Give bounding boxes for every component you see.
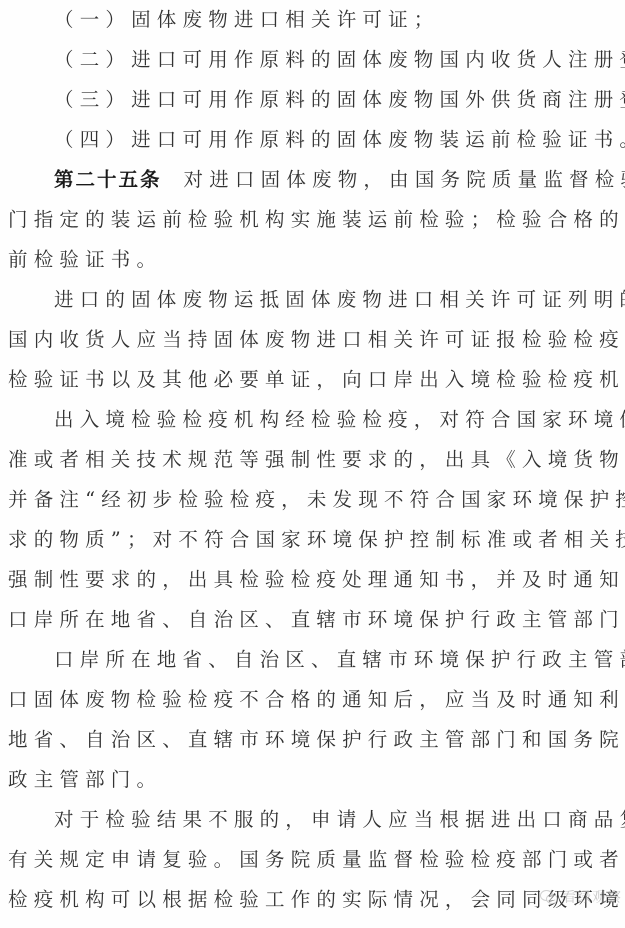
paragraph-line: 求的物质”；对不符合国家环境保护控制标准或者相关技术规范等 <box>8 520 620 560</box>
document-body: （一）固体废物进口相关许可证； （二）进口可用作原料的固体废物国内收货人注册登记… <box>8 0 620 920</box>
list-item-2: （二）进口可用作原料的固体废物国内收货人注册登记证书； <box>8 40 620 80</box>
list-item-1: （一）固体废物进口相关许可证； <box>8 0 620 40</box>
paragraph-line: 口岸所在地省、自治区、直辖市环境保护行政主管部门。 <box>8 600 620 640</box>
watermark: 看绿观察 <box>540 887 622 907</box>
paragraph-line: 门指定的装运前检验机构实施装运前检验；检验合格的，出具装运 <box>8 200 620 240</box>
list-item-3: （三）进口可用作原料的固体废物国外供货商注册登记证书； <box>8 80 620 120</box>
list-item-4: （四）进口可用作原料的固体废物装运前检验证书。 <box>8 120 620 160</box>
article-text: 对进口固体废物，由国务院质量监督检验检疫部 <box>184 168 625 191</box>
article-number: 第二十五条 <box>54 168 162 191</box>
paragraph-line: 检疫机构可以根据检验工作的实际情况，会同同级环境保护行政主 <box>8 880 620 920</box>
paragraph-line: 对于检验结果不服的，申请人应当根据进出口商品复验工作的 <box>8 800 620 840</box>
paragraph-line: 检验证书以及其他必要单证，向口岸出入境检验检疫机构报检。 <box>8 360 620 400</box>
paragraph-line: 进口的固体废物运抵固体废物进口相关许可证列明的口岸后， <box>8 280 620 320</box>
wechat-icon <box>540 890 558 904</box>
paragraph-line: 出入境检验检疫机构经检验检疫，对符合国家环境保护控制标 <box>8 400 620 440</box>
article-25-heading-line: 第二十五条对进口固体废物，由国务院质量监督检验检疫部 <box>8 160 620 200</box>
paragraph-line: 有关规定申请复验。国务院质量监督检验检疫部门或者出入境检验 <box>8 840 620 880</box>
paragraph-line: 前检验证书。 <box>8 240 620 280</box>
paragraph-line: 地省、自治区、直辖市环境保护行政主管部门和国务院环境保护行 <box>8 720 620 760</box>
paragraph-line: 强制性要求的，出具检验检疫处理通知书，并及时通知口岸海关和 <box>8 560 620 600</box>
watermark-text: 看绿观察 <box>562 887 622 907</box>
paragraph-line: 准或者相关技术规范等强制性要求的，出具《入境货物通关单》， <box>8 440 620 480</box>
paragraph-line: 口固体废物检验检疫不合格的通知后，应当及时通知利用企业所在 <box>8 680 620 720</box>
paragraph-line: 并备注“经初步检验检疫，未发现不符合国家环境保护控制标准要 <box>8 480 620 520</box>
paragraph-line: 口岸所在地省、自治区、直辖市环境保护行政主管部门收到进 <box>8 640 620 680</box>
document-page: （一）固体废物进口相关许可证； （二）进口可用作原料的固体废物国内收货人注册登记… <box>0 0 625 928</box>
paragraph-line: 国内收货人应当持固体废物进口相关许可证报检验检疫联、装运前 <box>8 320 620 360</box>
paragraph-line: 政主管部门。 <box>8 760 620 800</box>
